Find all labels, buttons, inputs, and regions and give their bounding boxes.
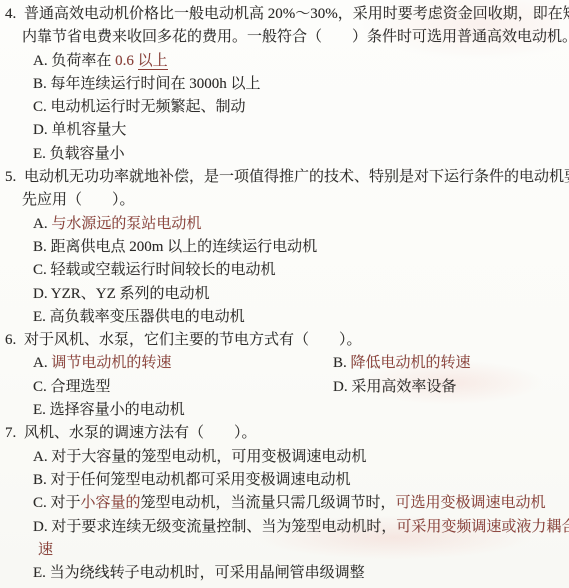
q7-stem-text-1: 风机、水泵的调速方法有（ ）。 [24,425,257,441]
text-segment: 普通高效电动机价格比一般电动机高 20%～30%，采用时要考虑资金回收期，即在短… [24,6,569,22]
q5-stem-line-2: 先应用（ ）。 [0,189,569,212]
q5-stem-text-2: 先应用（ ）。 [22,192,135,208]
text-segment: D. 单机容量大 [33,122,126,138]
q5-option-d: D. YZR、YZ 系列的电动机 [0,283,569,306]
text-segment: 内靠节省电费来收回多花的费用。一般符合（ ）条件时可选用普通高效电动机。 [22,29,569,45]
text-segment: 可采用变频调速或液力耦合器调 [396,519,569,535]
q7-option-d-line-2: 速 [0,539,569,562]
q4-option-b-text: B. 每年连续运行时间在 3000h 以上 [33,76,261,92]
text-segment: A. [33,355,51,371]
q5-option-b: B. 距离供电点 200m 以上的连续运行电动机 [0,236,569,259]
text-segment: 对于风机、水泵，它们主要的节电方式有（ ）。 [24,332,362,348]
text-segment: C. 对于 [33,495,81,511]
q5-option-a-text: A. 与水源远的泵站电动机 [33,216,201,232]
q7-option-d-text: D. 对于要求连续无级变流量控制、当为笼型电动机时，可采用变频调速或液力耦合器调 [33,519,569,535]
q4-option-d-text: D. 单机容量大 [33,122,126,138]
q5-option-e: E. 高负载率变压器供电的电动机 [0,306,569,329]
q5-number: 5. [5,166,19,189]
q4-stem-text-2: 内靠节省电费来收回多花的费用。一般符合（ ）条件时可选用普通高效电动机。 [22,29,569,45]
text-segment: 以上 [138,53,168,70]
q6-option-a-text: A. 调节电动机的转速 [33,355,171,371]
text-segment: A. [33,216,51,232]
q4-option-a-text: A. 负荷率在 0.6 以上 [33,53,168,70]
text-segment: D. 对于要求连续无级变流量控制、当为笼型电动机时， [33,519,396,535]
q7-option-a-text: A. 对于大容量的笼型电动机，可用变极调速电动机 [33,449,366,465]
text-segment: E. 选择容量小的电动机 [33,402,185,418]
text-segment: A. 对于大容量的笼型电动机，可用变极调速电动机 [33,449,366,465]
q5-stem-text-1: 电动机无功功率就地补偿，是一项值得推广的技术、特别是对下运行条件的电动机要首 [24,169,569,185]
q6-option-c-text: C. 合理选型 [33,379,111,395]
text-segment: B. 对于任何笼型电动机都可采用变极调速电动机 [33,472,351,488]
q4-option-c: C. 电动机运行时无频繁起、制动 [0,96,569,119]
text-segment: 先应用（ ）。 [22,192,135,208]
q7-option-d-line-1: D. 对于要求连续无级变流量控制、当为笼型电动机时，可采用变频调速或液力耦合器调 [0,516,569,539]
text-segment: B. 距离供电点 200m 以上的连续运行电动机 [33,239,317,255]
q5-option-a: A. 与水源远的泵站电动机 [0,213,569,236]
q4-option-e: E. 负载容量小 [0,143,569,166]
text-segment: 风机、水泵的调速方法有（ ）。 [24,425,257,441]
q4-option-c-text: C. 电动机运行时无频繁起、制动 [33,99,246,115]
q7-option-e: E. 当为绕线转子电动机时，可采用晶闸管串级调整 [0,562,569,585]
q6-options-row-cd: C. 合理选型D. 采用高效率设备 [0,376,569,399]
text-segment: 电动机无功功率就地补偿，是一项值得推广的技术、特别是对下运行条件的电动机要首 [24,169,569,185]
q4-stem-text-1: 普通高效电动机价格比一般电动机高 20%～30%，采用时要考虑资金回收期，即在短… [24,6,569,22]
text-segment: E. 当为绕线转子电动机时，可采用晶闸管串级调整 [33,565,365,581]
q4-option-a: A. 负荷率在 0.6 以上 [0,50,569,73]
text-segment: 与水源远的泵站电动机 [51,216,201,232]
q6-stem-line-1: 6.对于风机、水泵，它们主要的节电方式有（ ）。 [0,329,569,352]
q4-stem-line-1: 4.普通高效电动机价格比一般电动机高 20%～30%，采用时要考虑资金回收期，即… [0,3,569,26]
q7-option-b: B. 对于任何笼型电动机都可采用变极调速电动机 [0,469,569,492]
text-segment: D. YZR、YZ 系列的电动机 [33,286,210,302]
text-segment: E. 负载容量小 [33,146,125,162]
text-segment: 0.6 [115,53,138,69]
q7-option-d-text-cont: 速 [38,542,53,558]
q4-stem-line-2: 内靠节省电费来收回多花的费用。一般符合（ ）条件时可选用普通高效电动机。 [0,26,569,49]
text-segment: D. 采用高效率设备 [333,379,456,395]
q4-option-d: D. 单机容量大 [0,119,569,142]
q6-option-d-text: D. 采用高效率设备 [333,376,456,399]
q6-option-e: E. 选择容量小的电动机 [0,399,569,422]
q5-stem-line-1: 5.电动机无功功率就地补偿，是一项值得推广的技术、特别是对下运行条件的电动机要首 [0,166,569,189]
q6-option-b-text: B. 降低电动机的转速 [333,352,471,375]
text-segment: A. 负荷率在 [33,53,115,69]
q5-option-d-text: D. YZR、YZ 系列的电动机 [33,286,210,302]
q7-option-e-text: E. 当为绕线转子电动机时，可采用晶闸管串级调整 [33,565,365,581]
text-segment: B. [333,355,351,371]
q4-option-b: B. 每年连续运行时间在 3000h 以上 [0,73,569,96]
text-segment: 速 [38,542,53,558]
text-segment: B. 每年连续运行时间在 3000h 以上 [33,76,261,92]
q5-option-c: C. 轻载或空载运行时间较长的电动机 [0,259,569,282]
text-segment: C. 轻载或空载运行时间较长的电动机 [33,262,276,278]
q6-stem-text-1: 对于风机、水泵，它们主要的节电方式有（ ）。 [24,332,362,348]
text-segment: 可选用变极调速电动机 [396,495,546,511]
q5-option-c-text: C. 轻载或空载运行时间较长的电动机 [33,262,276,278]
q5-option-e-text: E. 高负载率变压器供电的电动机 [33,309,245,325]
text-segment: C. 合理选型 [33,379,111,395]
q6-option-e-text: E. 选择容量小的电动机 [33,402,185,418]
q4-option-e-text: E. 负载容量小 [33,146,125,162]
scanned-exam-page: 4.普通高效电动机价格比一般电动机高 20%～30%，采用时要考虑资金回收期，即… [0,0,569,588]
q7-number: 7. [5,422,19,445]
q4-number: 4. [5,3,19,26]
q6-number: 6. [5,329,19,352]
q7-option-c: C. 对于小容量的笼型电动机，当流量只需几级调节时，可选用变极调速电动机 [0,492,569,515]
text-segment: 调节电动机的转速 [51,355,171,371]
q7-option-c-text: C. 对于小容量的笼型电动机，当流量只需几级调节时，可选用变极调速电动机 [33,495,546,511]
q7-stem-line-1: 7.风机、水泵的调速方法有（ ）。 [0,422,569,445]
text-segment: C. 电动机运行时无频繁起、制动 [33,99,246,115]
q6-options-row-ab: A. 调节电动机的转速B. 降低电动机的转速 [0,352,569,375]
text-segment: E. 高负载率变压器供电的电动机 [33,309,245,325]
q7-option-a: A. 对于大容量的笼型电动机，可用变极调速电动机 [0,446,569,469]
text-segment: 小容量的 [81,495,141,511]
text-segment: 降低电动机的转速 [351,355,471,371]
q7-option-b-text: B. 对于任何笼型电动机都可采用变极调速电动机 [33,472,351,488]
q5-option-b-text: B. 距离供电点 200m 以上的连续运行电动机 [33,239,317,255]
text-segment: 笼型电动机，当流量只需几级调节时， [141,495,396,511]
